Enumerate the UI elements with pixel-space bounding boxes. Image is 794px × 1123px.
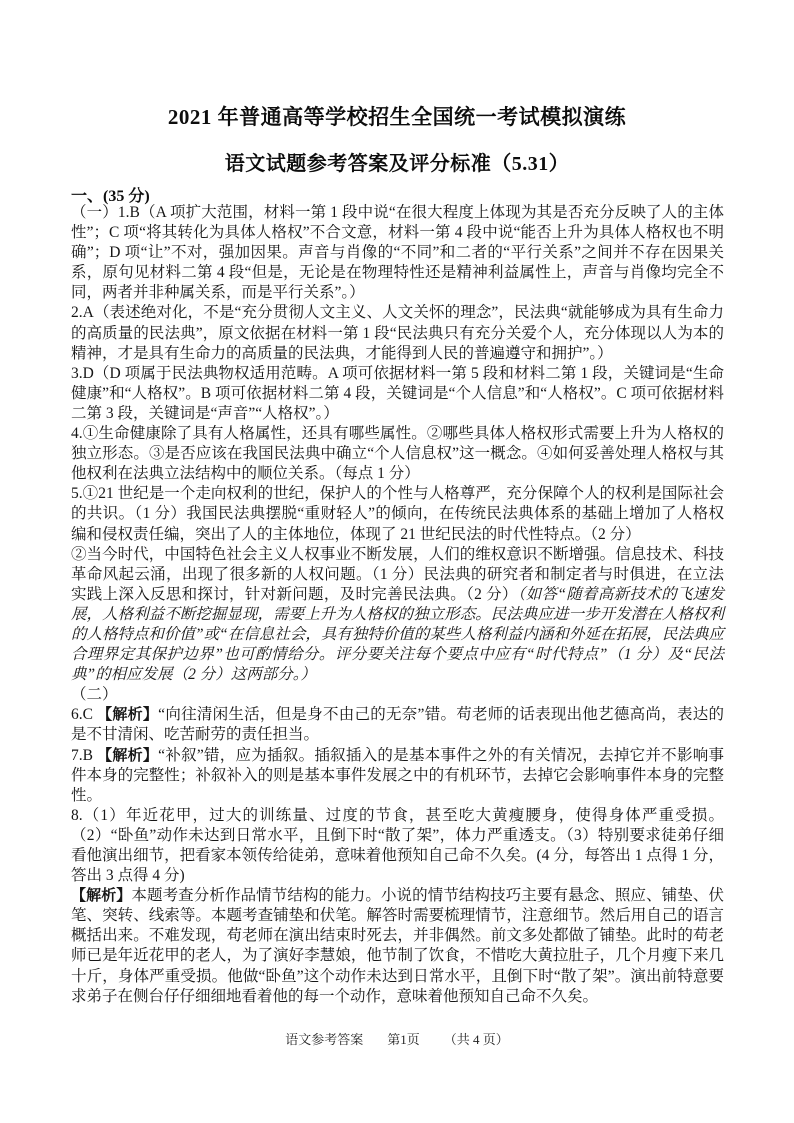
exam-answer-page: 2021 年普通高等学校招生全国统一考试模拟演练 语文试题参考答案及评分标准（5…: [0, 0, 794, 1123]
answer-paragraph: 7.B 【解析】“补叙”错，应为插叙。插叙插入的是基本事件之外的有关情况，去掉它…: [71, 746, 724, 806]
answer-paragraph: 8.（1）年近花甲，过大的训练量、过度的节食，甚至吃大黄瘦腰身，使得身体严重受损…: [71, 806, 724, 886]
answer-text: 4.①生命健康除了具有人格属性，还具有哪些属性。②哪些具体人格权形式需要上升为人…: [71, 425, 724, 482]
answer-text: “向往清闲生活，但是身不由己的无奈”错。苟老师的话表现出他艺德高尚，表达的是不甘…: [71, 706, 724, 743]
answer-paragraph: 2.A（表述绝对化，不是“充分贯彻人文主义、人文关怀的理念”，民法典“就能够成为…: [71, 303, 724, 363]
answer-text: （一）1.B（A 项扩大范围，材料一第 1 段中说“在很大程度上体现为其是否充分…: [71, 204, 724, 301]
answer-text: 6.C: [71, 706, 97, 723]
answer-text: 2.A（表述绝对化，不是“充分贯彻人文主义、人文关怀的理念”，民法典“就能够成为…: [71, 304, 724, 361]
answer-paragraphs: （一）1.B（A 项扩大范围，材料一第 1 段中说“在很大程度上体现为其是否充分…: [71, 203, 724, 1007]
answer-paragraph: 6.C 【解析】“向往清闲生活，但是身不由己的无奈”错。苟老师的话表现出他艺德高…: [71, 705, 724, 745]
analysis-label: 【解析】: [97, 747, 158, 764]
answer-text: （二）: [71, 686, 118, 703]
answer-paragraph: （二）: [71, 685, 724, 705]
answer-paragraph: ②当今时代，中国特色社会主义人权事业不断发展，人们的维权意识不断增强。信息技术、…: [71, 545, 724, 686]
answer-text: 3.D（D 项属于民法典物权适用范畴。A 项可依据材料一第 5 段和材料二第 1…: [71, 365, 724, 422]
footer-total-pages: （共 4 页）: [444, 1029, 509, 1048]
answer-paragraph: 【解析】本题考查分析作品情节结构的能力。小说的情节结构技巧主要有悬念、照应、铺垫…: [71, 886, 724, 1007]
answer-paragraph: 4.①生命健康除了具有人格属性，还具有哪些属性。②哪些具体人格权形式需要上升为人…: [71, 424, 724, 484]
footer-page-number: 第1页: [387, 1029, 420, 1048]
answer-text: 5.①21 世纪是一个走向权利的世纪，保护人的个性与人格尊严，充分保障个人的权利…: [71, 485, 724, 542]
answer-paragraph: 3.D（D 项属于民法典物权适用范畴。A 项可依据材料一第 5 段和材料二第 1…: [71, 364, 724, 424]
analysis-label: 【解析】: [71, 887, 131, 904]
analysis-label: 【解析】: [97, 706, 158, 723]
answer-text: “补叙”错，应为插叙。插叙插入的是基本事件之外的有关情况，去掉它并不影响事件本身…: [71, 747, 724, 804]
answer-text: 本题考查分析作品情节结构的能力。小说的情节结构技巧主要有悬念、照应、铺垫、伏笔、…: [71, 887, 724, 1004]
answer-text: 8.（1）年近花甲，过大的训练量、过度的节食，甚至吃大黄瘦腰身，使得身体严重受损…: [71, 807, 724, 884]
answer-text: 7.B: [71, 747, 97, 764]
page-footer: 语文参考答案 第1页 （共 4 页）: [0, 1029, 794, 1048]
answer-paragraph: 5.①21 世纪是一个走向权利的世纪，保护人的个性与人格尊严，充分保障个人的权利…: [71, 484, 724, 544]
doc-subtitle: 语文试题参考答案及评分标准（5.31）: [0, 147, 794, 176]
footer-doc-label: 语文参考答案: [285, 1029, 363, 1048]
answer-paragraph: （一）1.B（A 项扩大范围，材料一第 1 段中说“在很大程度上体现为其是否充分…: [71, 203, 724, 303]
doc-title: 2021 年普通高等学校招生全国统一考试模拟演练: [0, 101, 794, 131]
